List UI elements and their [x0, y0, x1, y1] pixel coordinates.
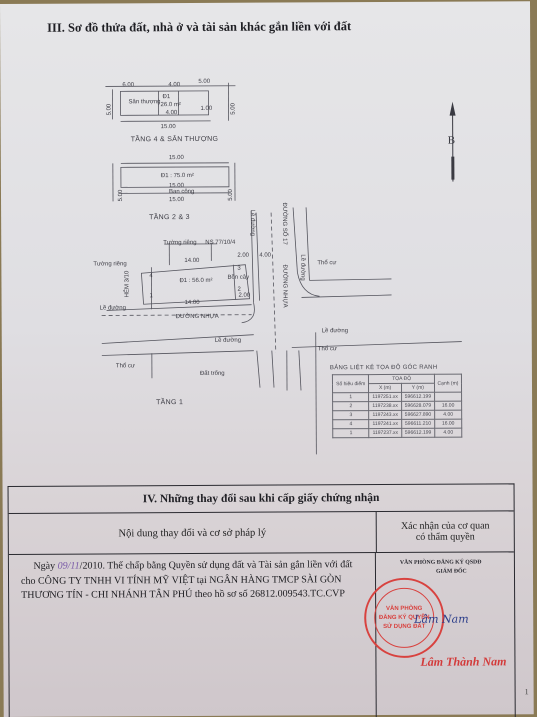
cell: 596628.079 [401, 401, 434, 410]
col-header: Cạnh (m) [434, 374, 461, 392]
wall-label: Tường riêng [93, 261, 126, 267]
col-header: Y (m) [401, 383, 434, 392]
dim-label: 5.00 [231, 103, 237, 115]
point-label: 3 [237, 266, 240, 272]
cell: 16.00 [435, 401, 462, 410]
floor-title-ground: TẦNG 1 [156, 399, 183, 406]
sidewalk-label: Lề đường [249, 210, 255, 236]
cell: 4.00 [435, 410, 462, 419]
cell: 4 [333, 420, 369, 429]
tree-label: Bồn cây [227, 275, 249, 281]
dim-label: 6.00 [122, 82, 134, 88]
road-label: ĐƯỜNG NHỰA [281, 264, 287, 307]
land-plot-diagram: 6.00 4.00 5.00 Sân thượng Đ1 26.0 m² 4.0… [0, 1, 537, 474]
dim-label: 2.00 [239, 293, 251, 299]
table-row: 1 1197237.xx 596612.199 4.00 [333, 428, 462, 438]
dim-label: 5.00 [107, 104, 113, 116]
handwritten-date: 09/11 [58, 561, 80, 572]
north-arrow-icon: B [446, 102, 460, 182]
sidewalk-label: Lề đường [322, 328, 348, 334]
col-header: TỌA ĐỘ [369, 374, 435, 383]
certificate-page: III. Sơ đồ thửa đất, nhà ở và tài sản kh… [0, 1, 534, 717]
col-header-authority: Xác nhận của cơ quan có thẩm quyền [377, 511, 514, 552]
area-label: 26.0 m² [161, 102, 181, 108]
entry-prefix: Ngày [33, 561, 57, 572]
alley-label: NS 77/10/4 [205, 240, 235, 246]
road-label: ĐƯỜNG NHỰA [176, 314, 219, 320]
cell: 1197237.xx [369, 428, 401, 437]
cell: 1197251.xx [369, 392, 401, 401]
floor-title-top: TẦNG 4 & SÂN THƯỢNG [131, 136, 219, 143]
cell: 596611.210 [401, 419, 434, 428]
cell [435, 392, 462, 401]
dim-label: 5.00 [118, 190, 124, 202]
change-entry-cell: Ngày 09/11/2010. Thế chấp bằng Quyền sử … [9, 553, 377, 717]
cell: 1197243.xx [369, 410, 401, 419]
point-label: 4 [149, 273, 152, 279]
area-label: Đ1 : 75.0 m² [161, 173, 194, 179]
sidewalk-label: Lề đường [299, 254, 305, 280]
cell: 2 [333, 402, 369, 411]
cell: 596612.199 [401, 428, 434, 437]
cell: 1 [333, 393, 369, 402]
sidewalk-label: Lề đường [100, 305, 126, 311]
authority-cell: VĂN PHÒNG ĐĂNG KÝ QSDĐ GIÁM ĐỐC VĂN PHÒN… [376, 552, 515, 717]
area-label: Đ1 : 56.0 m² [179, 278, 212, 284]
area-label: Đ1 [162, 94, 170, 100]
dim-label: 14.00 [185, 300, 200, 306]
wall-label: Tường riêng [163, 240, 196, 246]
col-header-line: có thẩm quyền [416, 532, 475, 543]
dim-label: 4.00 [166, 110, 178, 116]
dim-label: 5.00 [228, 189, 234, 201]
dim-label: 4.00 [259, 253, 271, 259]
dim-label: 4.00 [168, 82, 180, 88]
cell: 3 [333, 411, 369, 420]
coords-table-title: BẢNG LIỆT KÊ TỌA ĐỘ GÓC RANH [330, 365, 438, 372]
dim-label: 5.00 [198, 79, 210, 85]
dim-label: 1.00 [201, 106, 213, 112]
point-label: 1 [150, 293, 153, 299]
dim-label: 2.00 [237, 253, 249, 259]
compass-label: B [448, 135, 455, 147]
director-title: GIÁM ĐỐC [436, 569, 467, 575]
cell: 16.00 [435, 419, 462, 428]
residential-label: Thổ cư [116, 363, 135, 369]
dim-label: 15.00 [169, 155, 184, 161]
vacant-land-label: Đất trống [200, 371, 225, 377]
office-name: VĂN PHÒNG ĐĂNG KÝ QSDĐ [400, 559, 482, 565]
change-entry: Ngày 09/11/2010. Thế chấp bằng Quyền sử … [21, 558, 367, 603]
changes-table: IV. Những thay đổi sau khi cấp giấy chứn… [8, 483, 516, 717]
col-header: X (m) [369, 383, 401, 392]
cell: 1 [333, 429, 369, 438]
residential-label: Thổ cư [318, 346, 337, 352]
dim-label: 14.00 [184, 258, 199, 264]
cell: 1197241.xx [369, 419, 401, 428]
floor-title-mid: TẦNG 2 & 3 [149, 214, 190, 221]
cell: 596612.199 [401, 392, 434, 401]
dim-label: 15.00 [169, 197, 184, 203]
road-label: ĐƯỜNG SỐ 17 [281, 202, 287, 244]
sidewalk-label: Lề đường [215, 338, 241, 344]
area-label: Sân thượng [129, 99, 161, 105]
road-label: HẺM 3/10 [124, 271, 130, 298]
signer-name: Lâm Thành Nam [420, 654, 506, 669]
cell: 4.00 [435, 428, 462, 437]
page-mark: 1 [525, 687, 529, 696]
section-4-title: IV. Những thay đổi sau khi cấp giấy chứn… [9, 484, 514, 514]
area-label: Ban công [169, 189, 194, 195]
dim-label: 15.00 [161, 124, 176, 130]
col-header-content: Nội dung thay đổi và cơ sở pháp lý [9, 512, 377, 554]
cell: 596627.890 [401, 410, 434, 419]
cell: 1197238.xx [369, 401, 401, 410]
col-header: Số hiệu điểm [332, 375, 369, 393]
col-header-line: Xác nhận của cơ quan [401, 520, 490, 531]
residential-label: Thổ cư [317, 260, 336, 266]
coords-table: Số hiệu điểm TỌA ĐỘ Cạnh (m) X (m) Y (m)… [332, 374, 462, 439]
signature: Lâm Nam [414, 613, 468, 626]
